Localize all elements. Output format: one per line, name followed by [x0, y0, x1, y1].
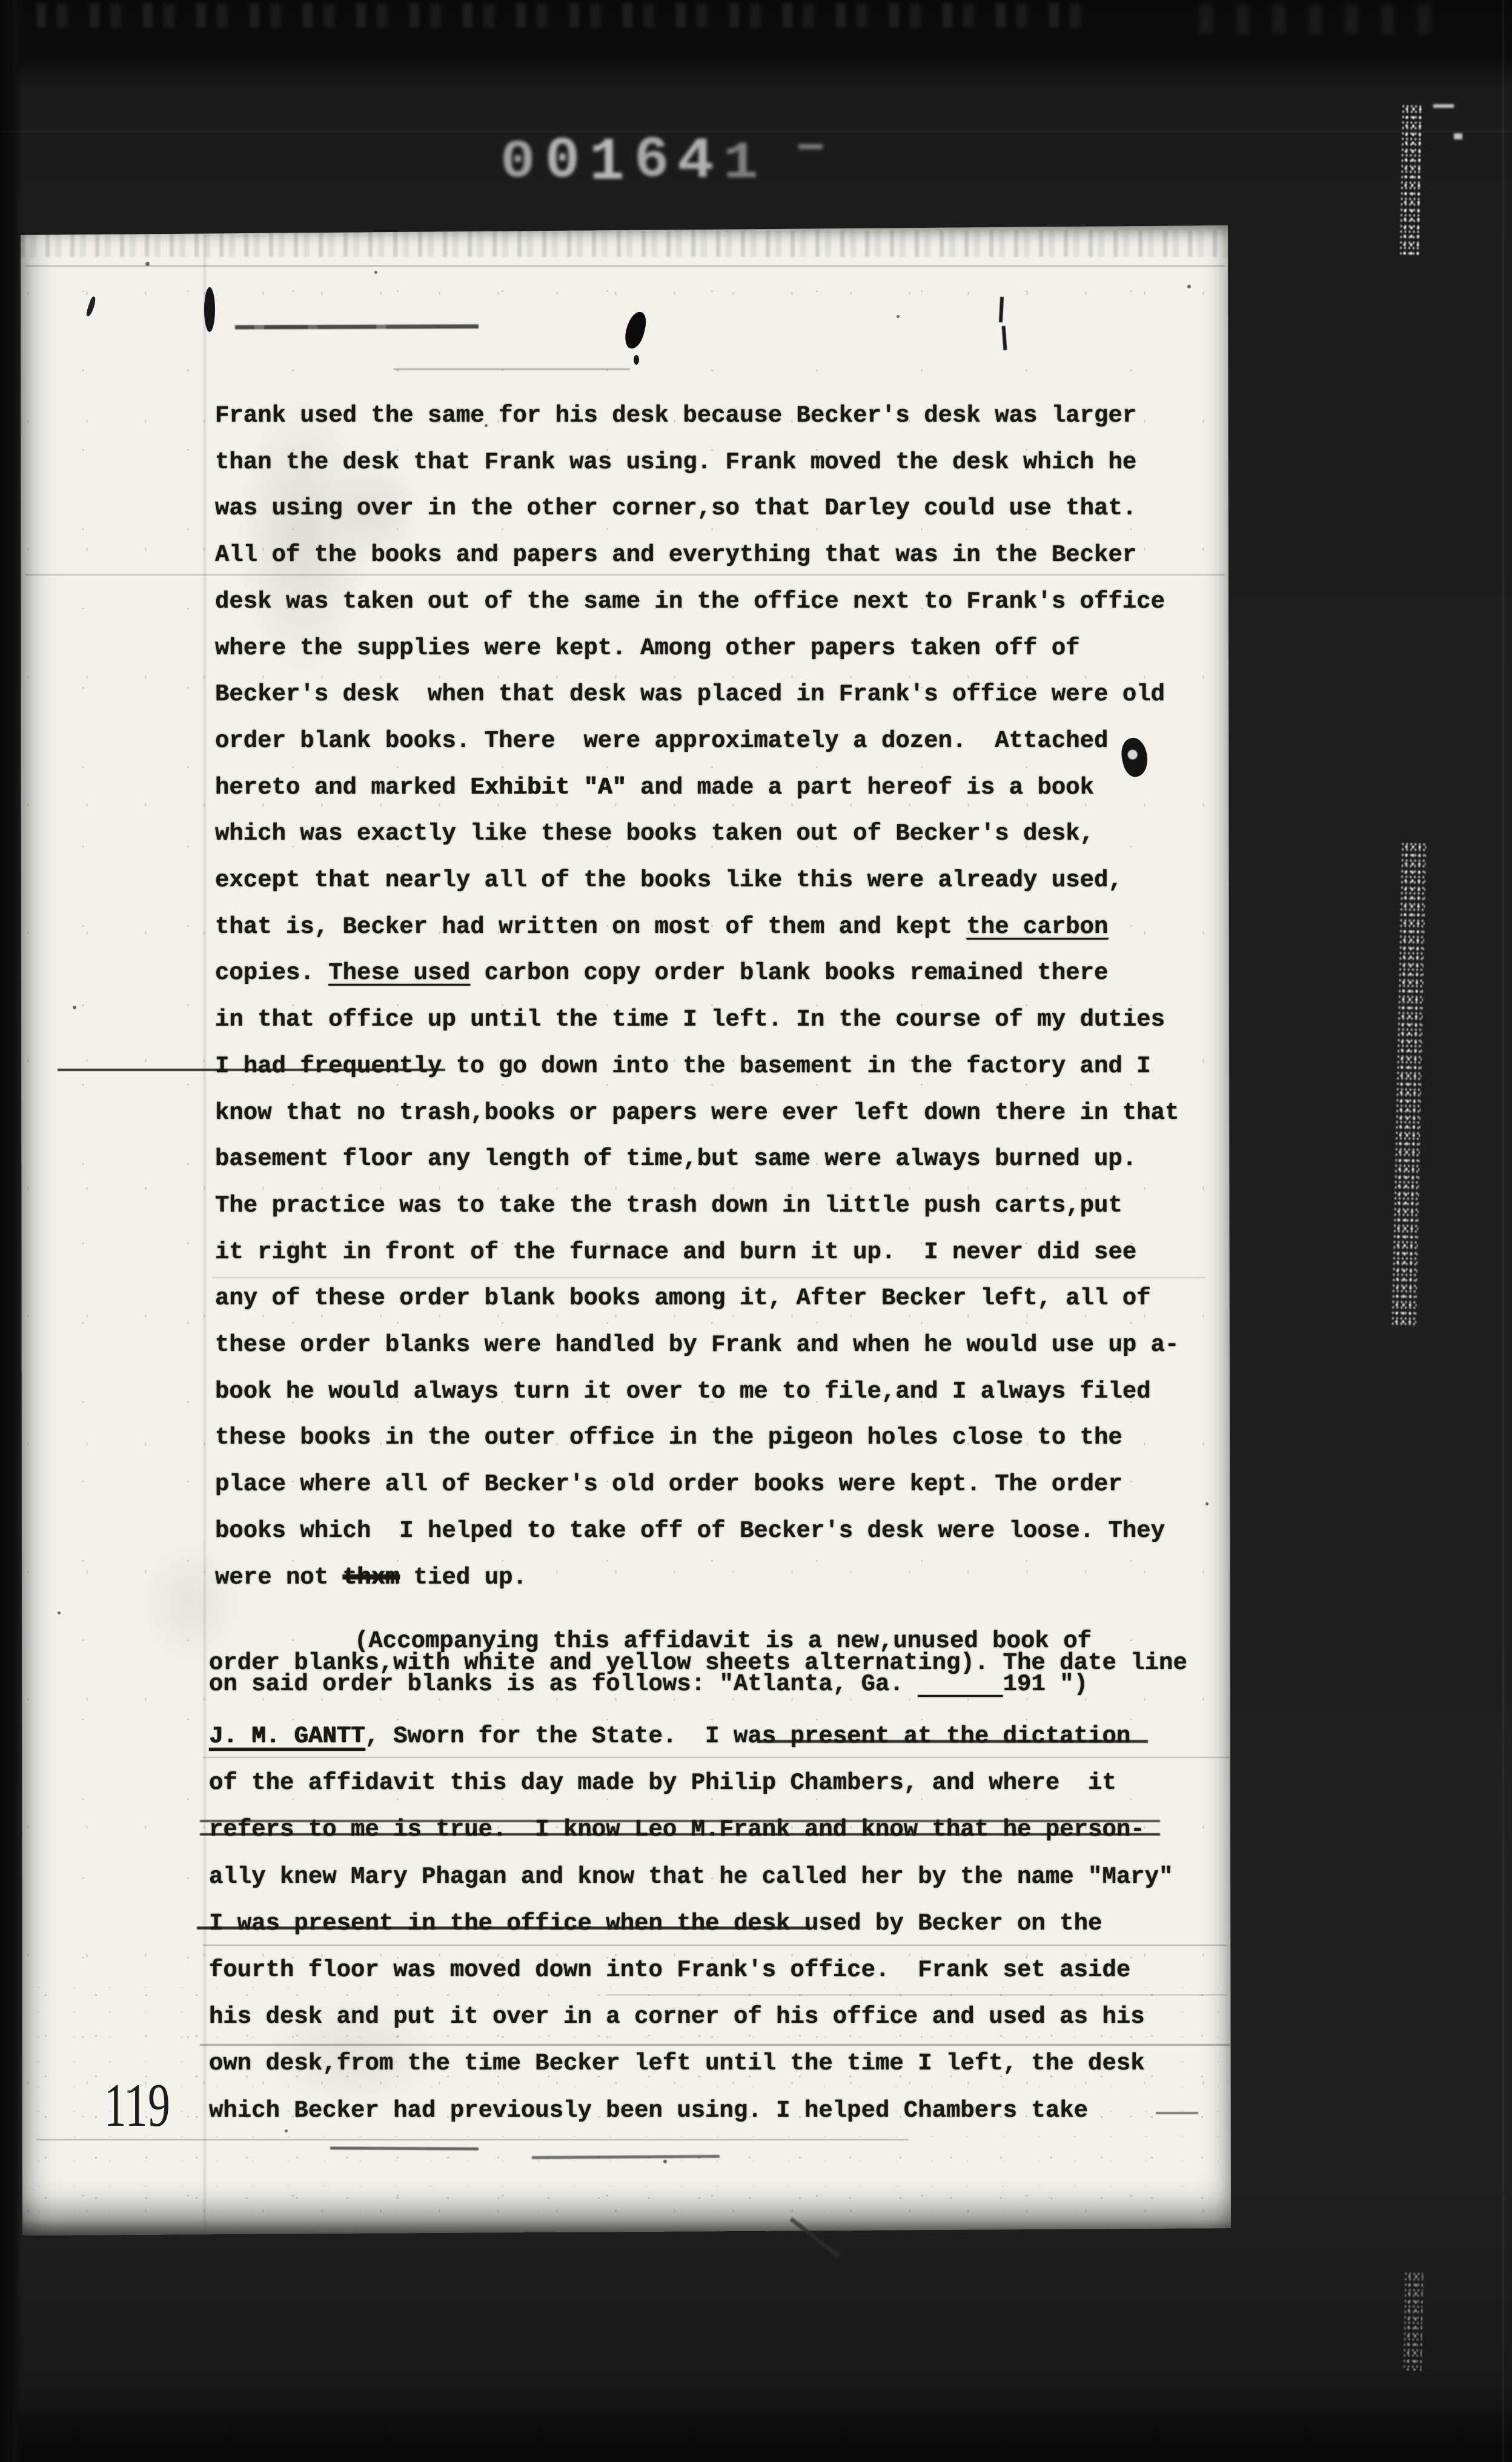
document-line: it right in front of the furnace and bur… [215, 1229, 1179, 1276]
stamp-digit: 1 [589, 130, 634, 196]
document-line: that is, Becker had written on most of t… [215, 904, 1179, 951]
document-line: J. M. GANTT, Sworn for the State. I was … [209, 1713, 1173, 1760]
film-speck [1433, 104, 1454, 108]
document-line: desk was taken out of the same in the of… [215, 579, 1179, 625]
document-line: in that office up until the time I left.… [215, 997, 1179, 1043]
affidavit-body-paragraph: Frank used the same for his desk because… [215, 393, 1179, 1601]
document-line: his desk and put it over in a corner of … [209, 1994, 1173, 2040]
stamp-digit: 1 [723, 135, 768, 192]
exhibit-note-paragraph: (Accompanying this affidavit is a new,un… [209, 1631, 1187, 1696]
document-line: was using over in the other corner,so th… [215, 485, 1179, 532]
paper-bottom-shadow [21, 2220, 1231, 2235]
document-line: which was exactly like these books taken… [215, 811, 1179, 857]
stamp-digit: 0 [545, 130, 590, 193]
stamp-smear [798, 144, 823, 149]
page-number: 119 [104, 2077, 171, 2135]
document-line: where the supplies were kept. Among othe… [215, 625, 1179, 672]
paper-fold-line [204, 225, 206, 2235]
document-line: copies. These used carbon copy order bla… [215, 950, 1179, 997]
document-line: were not thxm tied up. [215, 1555, 1179, 1601]
scanned-document-frame: 001641 [0, 0, 1512, 2462]
fold-ink-mark [204, 287, 215, 332]
document-line: order blank books. There were approximat… [215, 718, 1179, 765]
document-line: these order blanks were handled by Frank… [215, 1322, 1179, 1369]
stamp-digit: 0 [500, 133, 545, 191]
document-line: I was present in the office when the des… [209, 1900, 1173, 1947]
pencil-scribble [235, 324, 479, 329]
document-line: own desk,from the time Becker left until… [209, 2040, 1173, 2087]
document-line: place where all of Becker's old order bo… [215, 1461, 1179, 1508]
film-speck [1454, 133, 1462, 139]
gantt-statement-paragraph: J. M. GANTT, Sworn for the State. I was … [209, 1713, 1173, 2134]
film-right-seam [1502, 0, 1504, 2462]
document-line: basement floor any length of time,but sa… [215, 1136, 1179, 1183]
document-line: refers to me is true. I know Leo M.Frank… [209, 1807, 1173, 1853]
stamp-digit: 6 [634, 129, 679, 192]
film-edge-mark [1404, 2271, 1424, 2371]
document-line: book he would always turn it over to me … [215, 1369, 1179, 1415]
document-line: any of these order blank books among it,… [215, 1275, 1179, 1322]
film-left-band [0, 0, 22, 2462]
document-line: I had frequently to go down into the bas… [215, 1043, 1179, 1090]
pencil-line-faint [394, 368, 630, 370]
document-line: these books in the outer office in the p… [215, 1415, 1179, 1461]
film-top-ghost-text-right [1199, 5, 1454, 34]
document-line: Frank used the same for his desk because… [215, 393, 1179, 439]
document-line: except that nearly all of the books like… [215, 857, 1179, 904]
document-line: on said order blanks is as follows: "Atl… [209, 1674, 1187, 1696]
filing-stamp-number: 001641 [500, 128, 768, 191]
document-line: than the desk that Frank was using. Fran… [215, 439, 1179, 486]
document-line: Becker's desk when that desk was placed … [215, 671, 1179, 718]
document-line: know that no trash,books or papers were … [215, 1090, 1179, 1136]
document-line: of the affidavit this day made by Philip… [209, 1760, 1173, 1807]
film-top-ghost-text [36, 4, 1102, 28]
document-line: ally knew Mary Phagan and know that he c… [209, 1854, 1173, 1900]
film-edge-mark [1392, 841, 1427, 1326]
ink-blot-tail [634, 355, 639, 365]
document-line: which Becker had previously been using. … [209, 2088, 1173, 2134]
document-line: The practice was to take the trash down … [215, 1183, 1179, 1229]
film-edge-mark [1400, 103, 1422, 256]
document-line: books which I helped to take off of Beck… [215, 1508, 1179, 1555]
document-line: hereto and marked Exhibit "A" and made a… [215, 765, 1179, 811]
stamp-digit: 4 [677, 130, 724, 193]
document-line: All of the books and papers and everythi… [215, 532, 1179, 579]
crease-line [25, 265, 1225, 267]
document-line: fourth floor was moved down into Frank's… [209, 1947, 1173, 1994]
